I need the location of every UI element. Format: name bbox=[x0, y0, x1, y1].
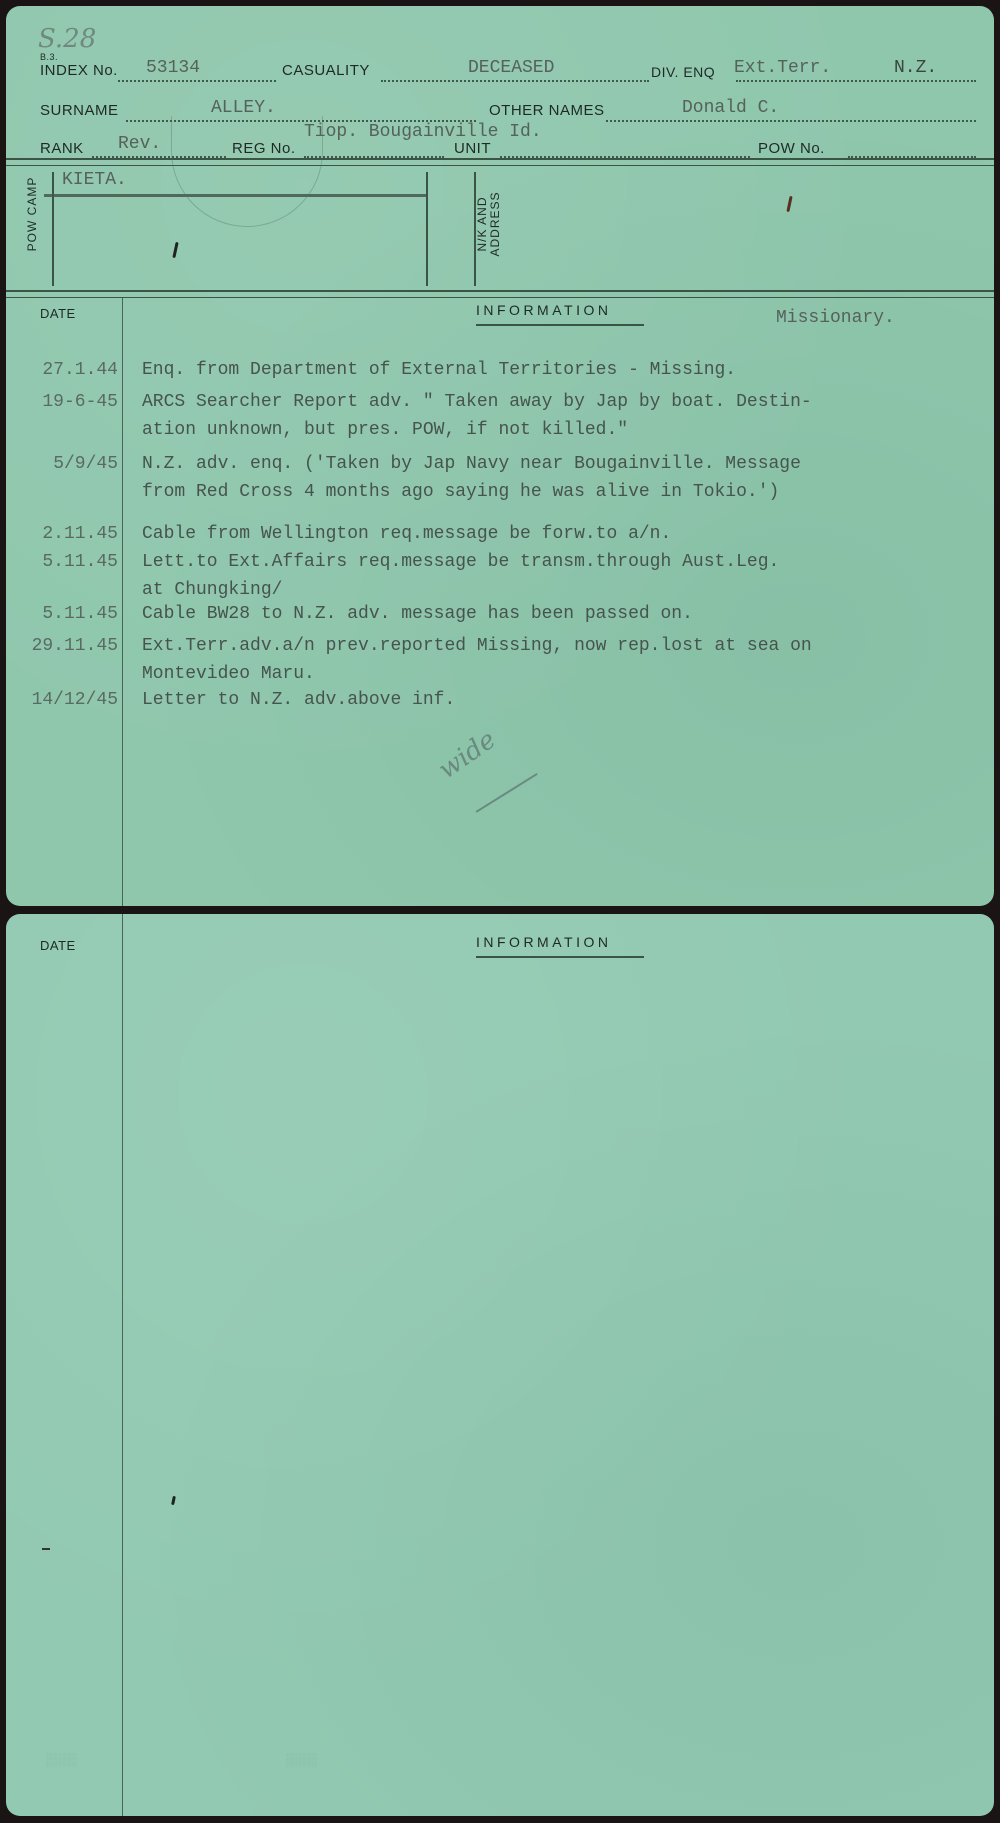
location-note: Tiop. Bougainville Id. bbox=[304, 122, 542, 142]
entry-date: 29.11.45 bbox=[6, 636, 118, 656]
surname-label: SURNAME bbox=[40, 102, 119, 119]
entry-text: Cable BW28 to N.Z. adv. message has been… bbox=[142, 604, 693, 624]
entry-date: 27.1.44 bbox=[6, 360, 118, 380]
handwritten-note: wide bbox=[433, 725, 501, 785]
pow-no-label: POW No. bbox=[758, 140, 825, 157]
index-no-value: 53134 bbox=[146, 58, 200, 78]
back-date-column-divider bbox=[122, 914, 123, 1816]
unit-label: UNIT bbox=[454, 140, 491, 157]
casuality-value: DECEASED bbox=[468, 58, 554, 78]
entry-text: Cable from Wellington req.message be for… bbox=[142, 524, 671, 544]
entry-date: 5/9/45 bbox=[6, 454, 118, 474]
entry-text: Montevideo Maru. bbox=[142, 664, 315, 684]
div-enq-label: DIV. ENQ bbox=[651, 64, 715, 80]
casuality-label: CASUALITY bbox=[282, 62, 370, 79]
pow-camp-label: POW CAMP bbox=[26, 164, 39, 264]
handwritten-corner-note: S.28 bbox=[38, 24, 96, 54]
rank-label: RANK bbox=[40, 140, 84, 157]
form-code: B.3. bbox=[40, 52, 58, 62]
back-date-header: DATE bbox=[40, 938, 76, 953]
nk-address-label: N/K AND ADDRESS bbox=[476, 174, 502, 274]
entry-text: Lett.to Ext.Affairs req.message be trans… bbox=[142, 552, 779, 572]
other-names-label: OTHER NAMES bbox=[489, 102, 605, 119]
div-enq-value: Ext.Terr. bbox=[734, 58, 831, 78]
entry-text: ation unknown, but pres. POW, if not kil… bbox=[142, 420, 628, 440]
entry-text: Ext.Terr.adv.a/n prev.reported Missing, … bbox=[142, 636, 812, 656]
entry-date: 5.11.45 bbox=[6, 552, 118, 572]
entry-text: Letter to N.Z. adv.above inf. bbox=[142, 690, 455, 710]
entry-text: from Red Cross 4 months ago saying he wa… bbox=[142, 482, 779, 502]
information-header: INFORMATION bbox=[476, 302, 611, 318]
index-no-label: INDEX No. bbox=[40, 62, 118, 79]
record-card-front: S.28 B.3. INDEX No. 53134 CASUALITY DECE… bbox=[6, 6, 994, 906]
rank-value: Rev. bbox=[118, 134, 161, 154]
entry-text: Enq. from Department of External Territo… bbox=[142, 360, 736, 380]
entry-text: N.Z. adv. enq. ('Taken by Jap Navy near … bbox=[142, 454, 801, 474]
ink-mark bbox=[786, 196, 792, 212]
div-enq-value-country: N.Z. bbox=[894, 58, 937, 78]
surname-value: ALLEY. bbox=[211, 98, 276, 118]
section-divider bbox=[6, 158, 994, 166]
header-note: Missionary. bbox=[776, 308, 895, 328]
date-column-divider bbox=[122, 298, 123, 906]
pow-camp-value: KIETA. bbox=[62, 170, 127, 190]
entry-text: ARCS Searcher Report adv. " Taken away b… bbox=[142, 392, 812, 412]
back-information-header: INFORMATION bbox=[476, 934, 611, 950]
entry-date: 5.11.45 bbox=[6, 604, 118, 624]
entry-date: 19-6-45 bbox=[6, 392, 118, 412]
record-card-back: DATE INFORMATION ░░░░ ░░░░ bbox=[6, 914, 994, 1816]
other-names-value: Donald C. bbox=[682, 98, 779, 118]
entry-date: 2.11.45 bbox=[6, 524, 118, 544]
date-header: DATE bbox=[40, 306, 76, 321]
entry-date: 14/12/45 bbox=[6, 690, 118, 710]
table-top-rule bbox=[6, 290, 994, 298]
entry-text: at Chungking/ bbox=[142, 580, 282, 600]
